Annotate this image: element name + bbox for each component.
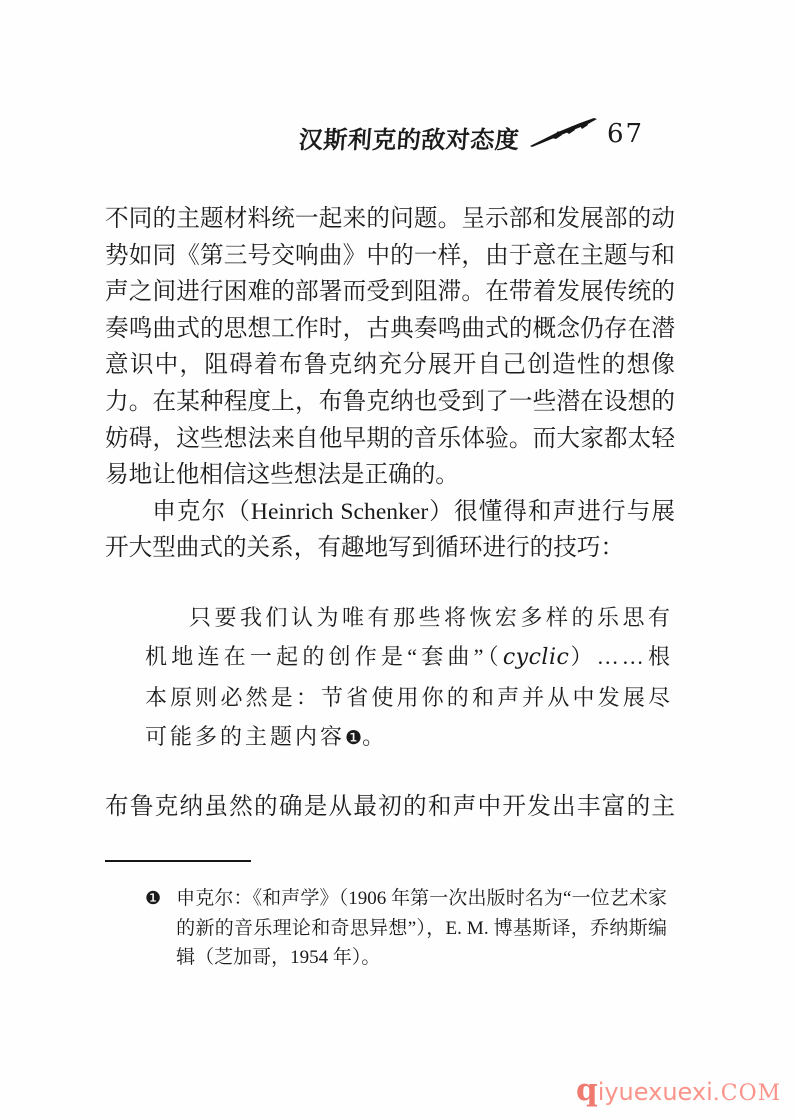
watermark-domain-text: iyuexuexi: [598, 1078, 713, 1106]
main-text-block: 不同的主题材料统一起来的问题。呈示部和发展部的动势如同《第三号交响曲》中的一样，…: [105, 201, 675, 826]
quote-text-part3: 。: [362, 724, 387, 749]
block-quote: 只要我们认为唯有那些将恢宏多样的乐思有机地连在一起的创作是“套曲”（cyclic…: [145, 598, 673, 759]
chapter-title: 汉斯利克的敌对态度: [298, 120, 521, 155]
footnote-reference-mark: ❶: [345, 728, 362, 749]
footnote-divider: [105, 860, 251, 862]
footnote-mark: ❶: [145, 884, 161, 914]
footnote: ❶ 申克尔：《和声学》（1906 年第一次出版时名为“一位艺术家的新的音乐理论和…: [145, 884, 667, 973]
watermark-lead-letter: q: [576, 1072, 598, 1108]
watermark-tld-text: .COM: [713, 1081, 781, 1106]
brush-stroke-icon: [528, 118, 600, 155]
quote-latin-term: cyclic: [503, 645, 569, 670]
running-header: 汉斯利克的敌对态度 67: [0, 118, 794, 158]
book-page: 汉斯利克的敌对态度 67 不同的主题材料统一起来的问题。呈示部和发展部的动势如同…: [0, 0, 794, 1120]
body-paragraph-schenker: 申克尔（Heinrich Schenker）很懂得和声进行与展开大型曲式的关系，…: [105, 494, 675, 567]
site-watermark: qiyuexuexi.COM: [576, 1072, 781, 1108]
body-paragraph-closing: 布鲁克纳虽然的确是从最初的和声中开发出丰富的主: [105, 789, 675, 826]
footnote-text: 申克尔：《和声学》（1906 年第一次出版时名为“一位艺术家的新的音乐理论和奇思…: [176, 884, 667, 973]
page-number: 67: [607, 119, 644, 149]
body-paragraph-continuation: 不同的主题材料统一起来的问题。呈示部和发展部的动势如同《第三号交响曲》中的一样，…: [105, 201, 675, 494]
